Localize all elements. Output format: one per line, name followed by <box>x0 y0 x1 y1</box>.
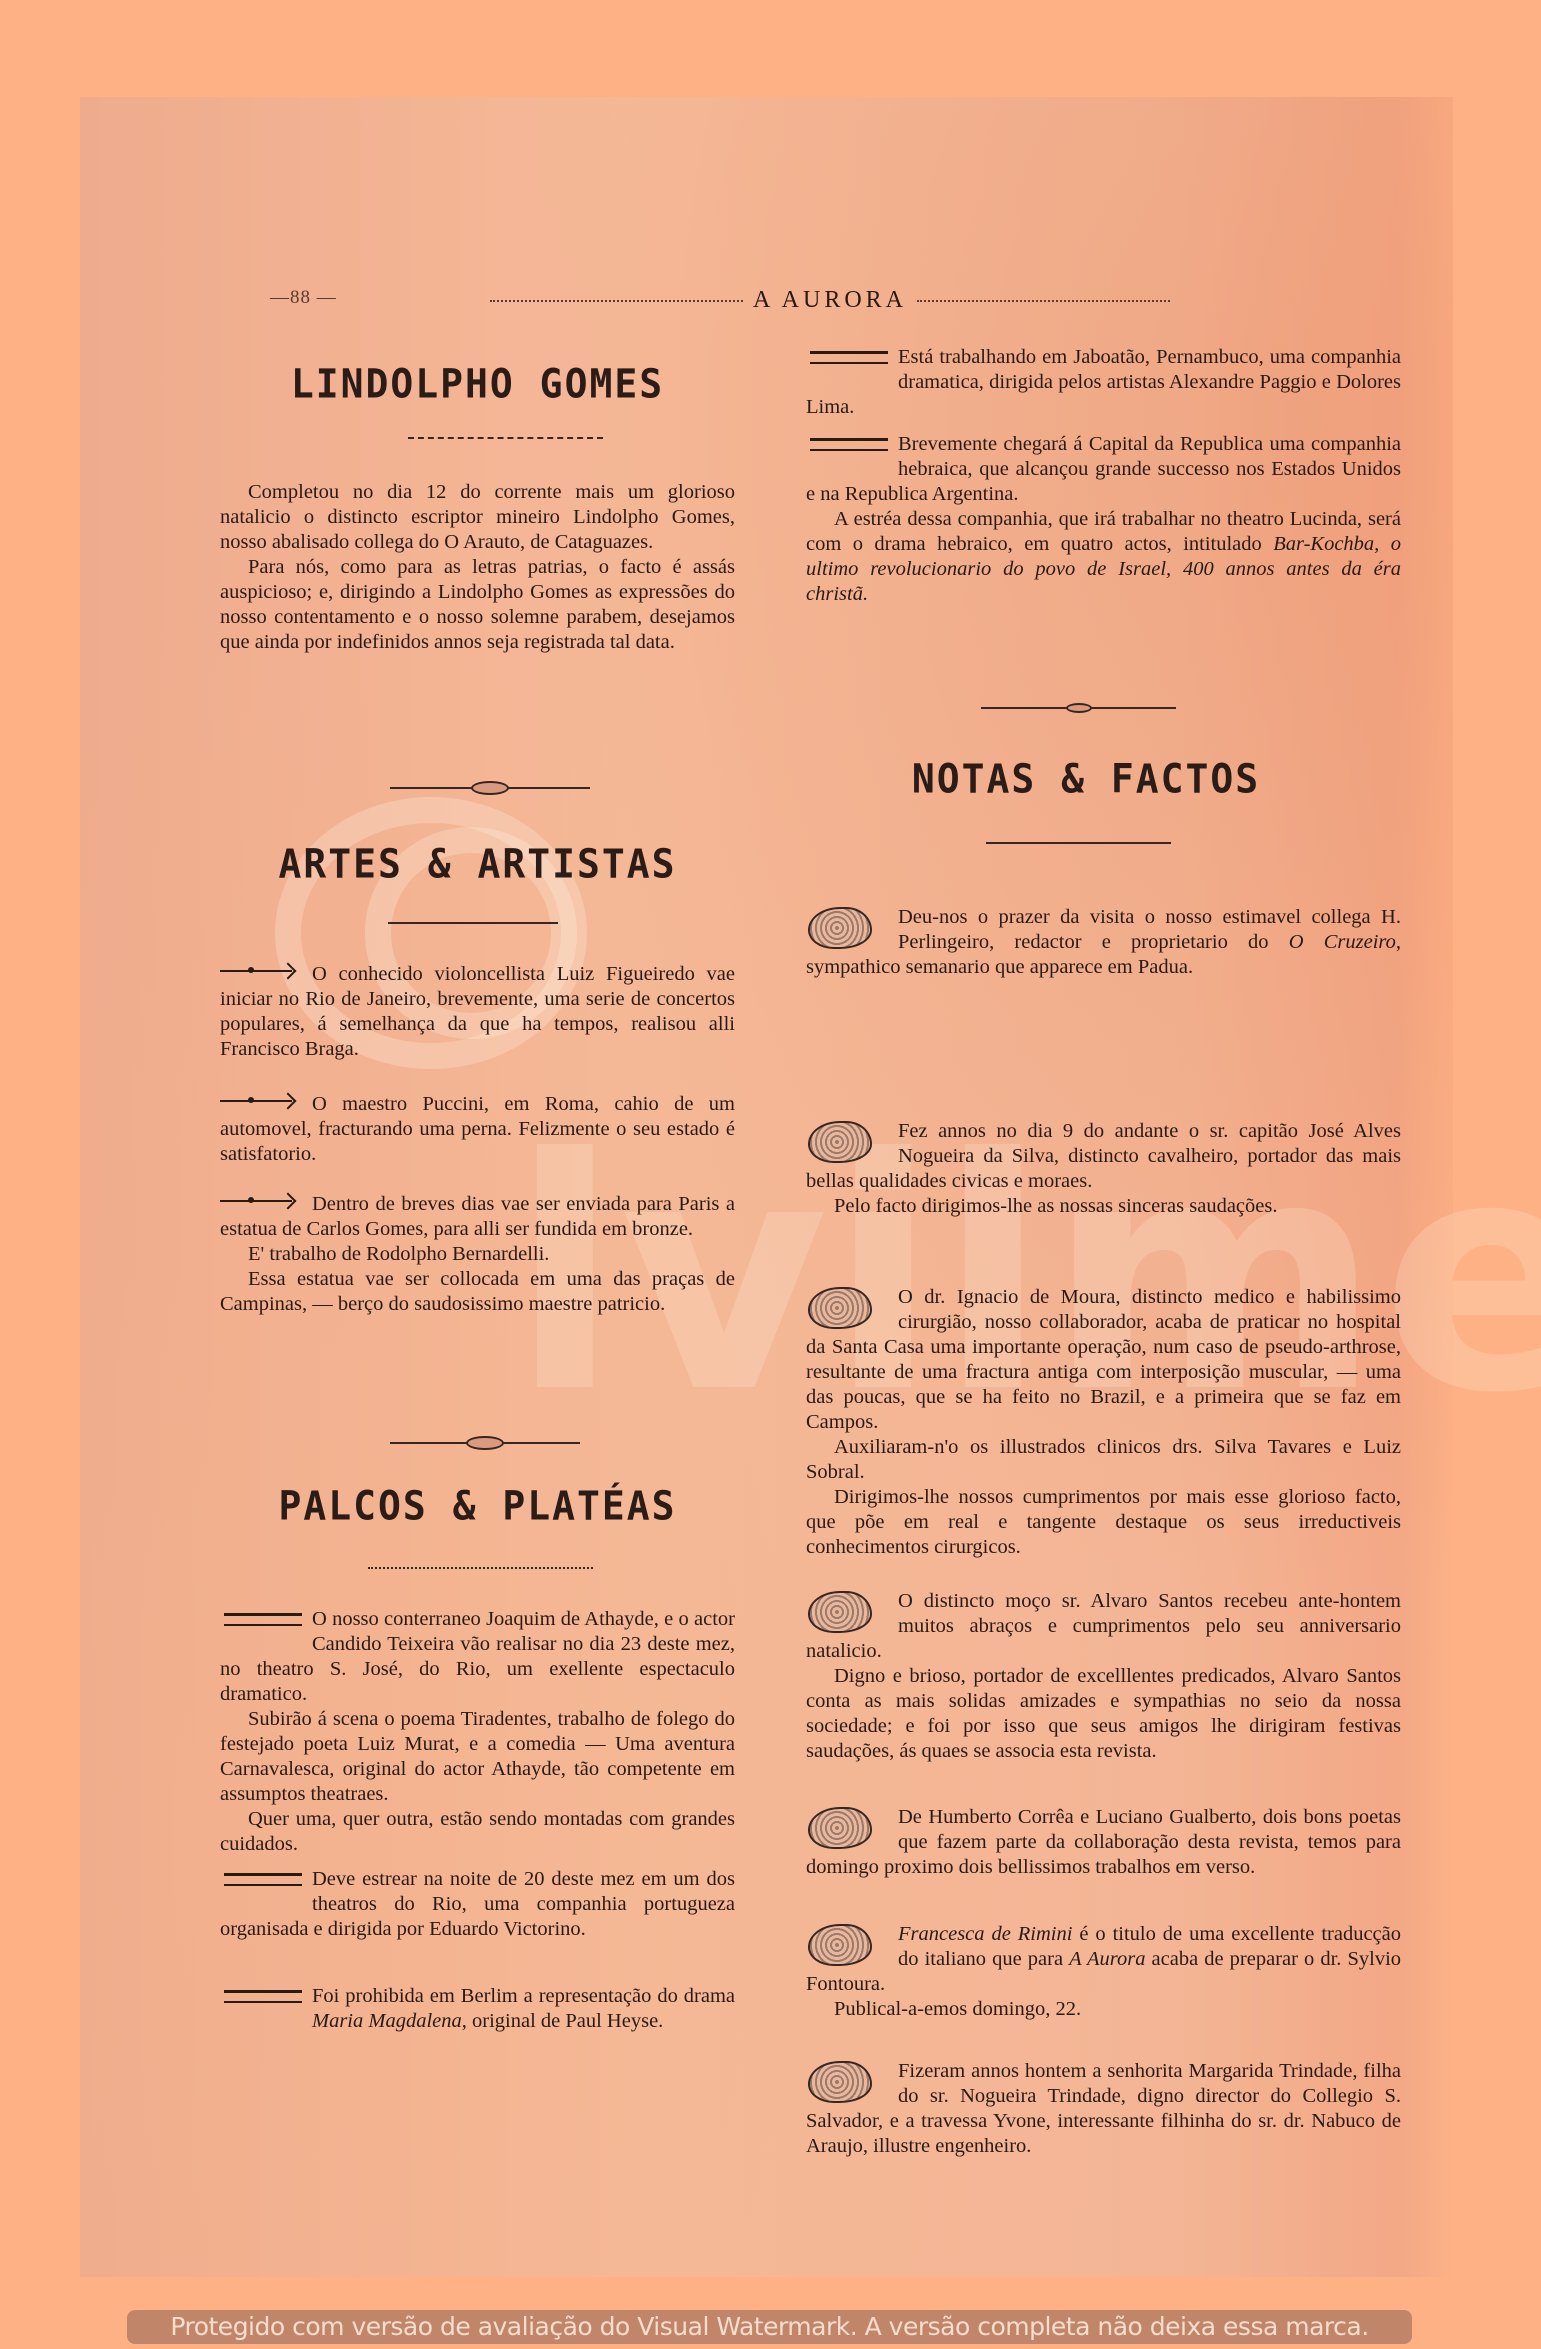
watermark-banner: Protegido com versão de avaliação do Vis… <box>127 2310 1412 2344</box>
section-title-notas: NOTAS & FACTOS <box>781 756 1391 802</box>
ornament-divider <box>981 702 1176 714</box>
paragraph: Dirigimos-lhe nossos cumprimentos por ma… <box>806 1485 1401 1560</box>
paragraph: Brevemente chegará á Capital da Republic… <box>806 432 1401 507</box>
double-rule-bullet-icon <box>224 1990 302 2003</box>
paragraph: Subirão á scena o poema Tiradentes, trab… <box>220 1707 735 1807</box>
paragraph: Completou no dia 12 do corrente mais um … <box>220 480 735 555</box>
paragraph: Auxiliaram-n'o os illustrados clinicos d… <box>806 1435 1401 1485</box>
leaf-ornament-icon <box>808 1287 872 1329</box>
double-rule-bullet-icon <box>810 438 888 451</box>
double-rule-bullet-icon <box>810 351 888 364</box>
section-title-lindolpho: LINDOLPHO GOMES <box>220 361 735 407</box>
paragraph: Pelo facto dirigimos-lhe as nossas since… <box>806 1194 1401 1219</box>
paragraph: O dr. Ignacio de Moura, distincto medico… <box>806 1285 1401 1435</box>
article-notas-4: O distincto moço sr. Alvaro Santos receb… <box>806 1589 1401 1764</box>
leaf-ornament-icon <box>808 2061 872 2103</box>
leaf-ornament-icon <box>808 1924 872 1966</box>
leaf-ornament-icon <box>808 1807 872 1849</box>
paragraph: De Humberto Corrêa e Luciano Gualberto, … <box>806 1805 1401 1880</box>
leaf-ornament-icon <box>808 1121 872 1163</box>
section-divider <box>368 1567 593 1569</box>
section-divider <box>408 437 603 439</box>
publication-title: A AURORA <box>753 287 907 314</box>
arrow-bullet-icon <box>220 1100 292 1102</box>
article-hebraica: Brevemente chegará á Capital da Republic… <box>806 432 1401 607</box>
article-notas-2: Fez annos no dia 9 do andante o sr. capi… <box>806 1119 1401 1219</box>
masthead-rule-left <box>490 300 743 302</box>
newspaper-page: lvilme —88 — A AURORA LINDOLPHO GOMES Co… <box>80 97 1453 2277</box>
paragraph: E' trabalho de Rodolpho Bernardelli. <box>220 1242 735 1267</box>
page-number: —88 — <box>270 287 337 309</box>
paragraph: Fez annos no dia 9 do andante o sr. capi… <box>806 1119 1401 1194</box>
ornament-divider <box>390 782 590 794</box>
article-artes-2: O maestro Puccini, em Roma, cahio de um … <box>220 1092 735 1167</box>
paragraph: Essa estatua vae ser collocada em uma da… <box>220 1267 735 1317</box>
paragraph: Publical-a-emos domingo, 22. <box>806 1997 1401 2022</box>
paragraph: Está trabalhando em Jaboatão, Pernambuco… <box>806 345 1401 420</box>
section-title-palcos: PALCOS & PLATÉAS <box>220 1483 735 1529</box>
article-artes-1: O conhecido violoncellista Luiz Figueire… <box>220 962 735 1062</box>
paragraph: Deu-nos o prazer da visita o nosso estim… <box>806 905 1401 980</box>
double-rule-bullet-icon <box>224 1873 302 1886</box>
section-divider <box>986 842 1171 844</box>
article-artes-3: Dentro de breves dias vae ser enviada pa… <box>220 1192 735 1317</box>
article-palcos-1: O nosso conterraneo Joaquim de Athayde, … <box>220 1607 735 1857</box>
ornament-divider <box>390 1437 580 1449</box>
leaf-ornament-icon <box>808 907 872 949</box>
article-notas-6: Francesca de Rimini é o titulo de uma ex… <box>806 1922 1401 2022</box>
double-rule-bullet-icon <box>224 1613 302 1626</box>
section-title-artes: ARTES & ARTISTAS <box>220 841 735 887</box>
masthead: A AURORA <box>490 287 1170 314</box>
paragraph: Digno e brioso, portador de excelllentes… <box>806 1664 1401 1764</box>
article-notas-7: Fizeram annos hontem a senhorita Margari… <box>806 2059 1401 2159</box>
leaf-ornament-icon <box>808 1591 872 1633</box>
article-palcos-3: Foi prohibida em Berlim a representação … <box>220 1984 735 2034</box>
arrow-bullet-icon <box>220 1200 292 1202</box>
paragraph: A estréa dessa companhia, que irá trabal… <box>806 507 1401 607</box>
article-lindolpho: Completou no dia 12 do corrente mais um … <box>220 480 735 655</box>
paragraph: Fizeram annos hontem a senhorita Margari… <box>806 2059 1401 2159</box>
arrow-bullet-icon <box>220 970 292 972</box>
article-palcos-2: Deve estrear na noite de 20 deste mez em… <box>220 1867 735 1942</box>
paragraph: Francesca de Rimini é o titulo de uma ex… <box>806 1922 1401 1997</box>
article-notas-3: O dr. Ignacio de Moura, distincto medico… <box>806 1285 1401 1560</box>
paragraph: Quer uma, quer outra, estão sendo montad… <box>220 1807 735 1857</box>
page-header: —88 — A AURORA <box>80 287 1453 317</box>
article-notas-1: Deu-nos o prazer da visita o nosso estim… <box>806 905 1401 980</box>
masthead-rule-right <box>917 300 1170 302</box>
paragraph: Para nós, como para as letras patrias, o… <box>220 555 735 655</box>
paragraph: O distincto moço sr. Alvaro Santos receb… <box>806 1589 1401 1664</box>
article-jaboatao: Está trabalhando em Jaboatão, Pernambuco… <box>806 345 1401 420</box>
article-notas-5: De Humberto Corrêa e Luciano Gualberto, … <box>806 1805 1401 1880</box>
section-divider <box>388 922 558 924</box>
